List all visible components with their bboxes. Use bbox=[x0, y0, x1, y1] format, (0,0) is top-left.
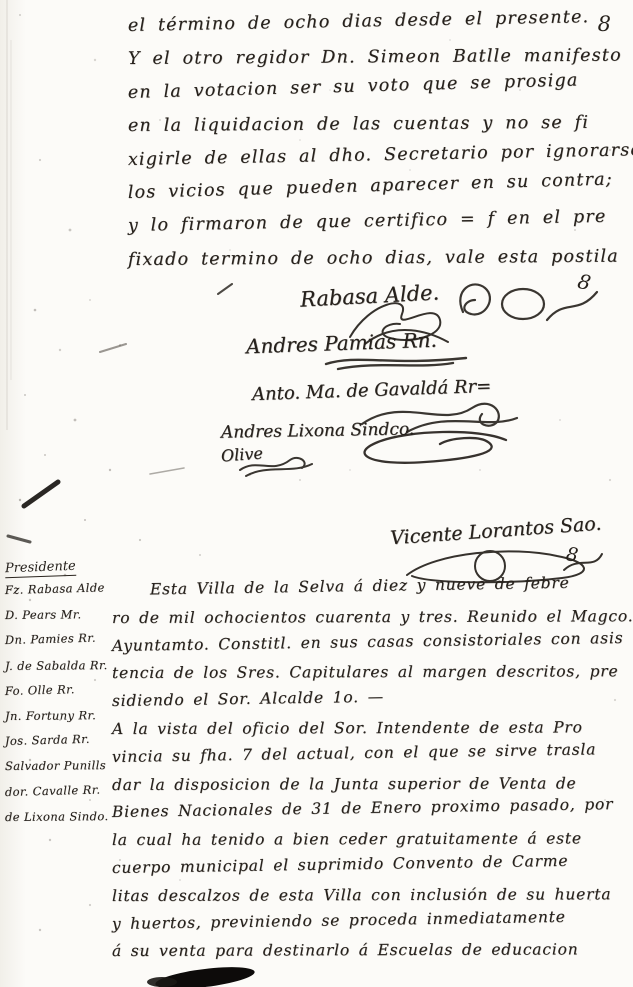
attendee-name: Dn. Pamies Rr. bbox=[5, 630, 126, 658]
attendee-name: Fz. Rabasa Alde bbox=[5, 580, 126, 608]
attendee-name: Jos. Sarda Rr. bbox=[5, 731, 126, 759]
closing-paragraph: el término de ocho dias desde el present… bbox=[128, 16, 628, 283]
attendee-name: Jn. Fortuny Rr. bbox=[5, 708, 125, 734]
signature-olive: Olive bbox=[220, 444, 263, 466]
manuscript-line: á su venta para destinarlo á Escuelas de… bbox=[112, 941, 627, 971]
attendee-name: de Lixona Sindo. bbox=[5, 809, 125, 835]
acta-paragraph: Esta Villa de la Selva á diez y nueve de… bbox=[112, 581, 627, 970]
margin-attendee-list: Presidente Fz. Rabasa Alde D. Pears Mr. … bbox=[5, 556, 125, 835]
attendee-name: dor. Cavalle Rr. bbox=[5, 781, 126, 809]
margin-heading: Presidente bbox=[5, 559, 76, 578]
attendee-name: Salvador Punills bbox=[5, 758, 125, 784]
attendee-name: Fo. Olle Rr. bbox=[5, 681, 126, 709]
manuscript-line: fixado termino de ocho dias, vale esta p… bbox=[128, 246, 628, 283]
manuscript-scan-page: 8 el término de ocho dias desde el prese… bbox=[0, 0, 633, 987]
attendee-name: J. de Sabalda Rr. bbox=[5, 658, 125, 684]
margin-names: Fz. Rabasa Alde D. Pears Mr. Dn. Pamies … bbox=[5, 583, 125, 835]
signature-sindico-lixona: Andres Lixona Sindco. bbox=[221, 419, 415, 442]
